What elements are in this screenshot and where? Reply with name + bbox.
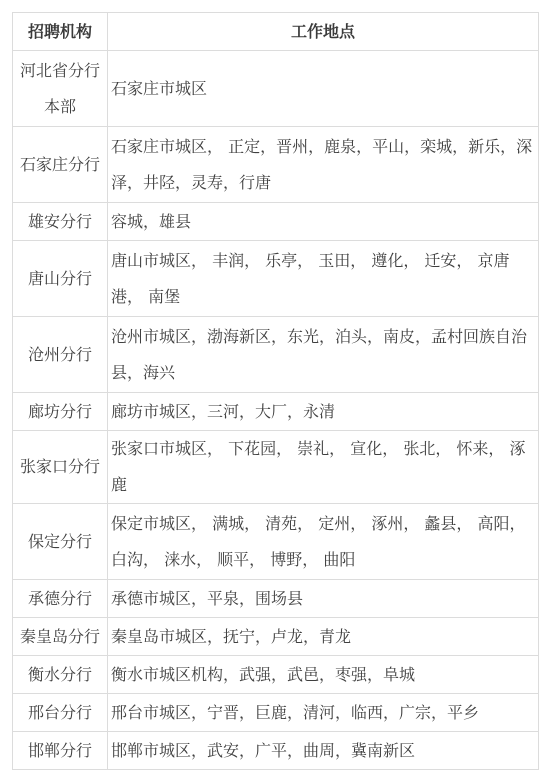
- location-cell: 衡水市城区机构，武强，武邑，枣强，阜城: [108, 656, 539, 694]
- org-cell: 沧州分行: [13, 317, 108, 393]
- location-cell: 秦皇岛市城区，抚宁，卢龙，青龙: [108, 618, 539, 656]
- org-cell: 廊坊分行: [13, 393, 108, 431]
- org-cell: 唐山分行: [13, 241, 108, 317]
- org-cell: 张家口分行: [13, 431, 108, 504]
- location-cell: 石家庄市城区: [108, 51, 539, 127]
- location-cell: 石家庄市城区， 正定，晋州，鹿泉，平山，栾城，新乐，深泽，井陉，灵寿，行唐: [108, 127, 539, 203]
- location-cell: 保定市城区， 满城， 清苑， 定州， 涿州， 蠡县， 高阳， 白沟， 涞水， 顺…: [108, 504, 539, 580]
- location-cell: 承德市城区，平泉，围场县: [108, 580, 539, 618]
- location-cell: 邢台市城区，宁晋，巨鹿，清河，临西，广宗，平乡: [108, 694, 539, 732]
- table-row: 石家庄分行石家庄市城区， 正定，晋州，鹿泉，平山，栾城，新乐，深泽，井陉，灵寿，…: [13, 127, 539, 203]
- table-row: 秦皇岛分行秦皇岛市城区，抚宁，卢龙，青龙: [13, 618, 539, 656]
- table-row: 沧州分行沧州市城区，渤海新区，东光，泊头，南皮，孟村回族自治县，海兴: [13, 317, 539, 393]
- org-cell: 雄安分行: [13, 203, 108, 241]
- org-cell: 保定分行: [13, 504, 108, 580]
- recruitment-table: 招聘机构 工作地点 河北省分行本部石家庄市城区石家庄分行石家庄市城区， 正定，晋…: [12, 12, 539, 770]
- org-cell: 河北省分行本部: [13, 51, 108, 127]
- table-row: 唐山分行唐山市城区， 丰润， 乐亭， 玉田， 遵化， 迁安， 京唐港， 南堡: [13, 241, 539, 317]
- org-column-header: 招聘机构: [13, 13, 108, 51]
- location-cell: 沧州市城区，渤海新区，东光，泊头，南皮，孟村回族自治县，海兴: [108, 317, 539, 393]
- table-row: 雄安分行容城，雄县: [13, 203, 539, 241]
- table-row: 邯郸分行邯郸市城区，武安，广平，曲周，冀南新区: [13, 732, 539, 770]
- table-body: 河北省分行本部石家庄市城区石家庄分行石家庄市城区， 正定，晋州，鹿泉，平山，栾城…: [13, 51, 539, 770]
- table-row: 河北省分行本部石家庄市城区: [13, 51, 539, 127]
- table-row: 保定分行保定市城区， 满城， 清苑， 定州， 涿州， 蠡县， 高阳， 白沟， 涞…: [13, 504, 539, 580]
- table-row: 廊坊分行廊坊市城区，三河，大厂，永清: [13, 393, 539, 431]
- org-cell: 衡水分行: [13, 656, 108, 694]
- table-row: 承德分行承德市城区，平泉，围场县: [13, 580, 539, 618]
- org-cell: 邢台分行: [13, 694, 108, 732]
- org-cell: 承德分行: [13, 580, 108, 618]
- location-cell: 廊坊市城区，三河，大厂，永清: [108, 393, 539, 431]
- location-cell: 邯郸市城区，武安，广平，曲周，冀南新区: [108, 732, 539, 770]
- table-row: 张家口分行张家口市城区， 下花园， 崇礼， 宣化， 张北， 怀来， 涿鹿: [13, 431, 539, 504]
- org-cell: 石家庄分行: [13, 127, 108, 203]
- table-row: 邢台分行邢台市城区，宁晋，巨鹿，清河，临西，广宗，平乡: [13, 694, 539, 732]
- org-cell: 邯郸分行: [13, 732, 108, 770]
- location-cell: 容城，雄县: [108, 203, 539, 241]
- location-column-header: 工作地点: [108, 13, 539, 51]
- location-cell: 唐山市城区， 丰润， 乐亭， 玉田， 遵化， 迁安， 京唐港， 南堡: [108, 241, 539, 317]
- location-cell: 张家口市城区， 下花园， 崇礼， 宣化， 张北， 怀来， 涿鹿: [108, 431, 539, 504]
- table-row: 衡水分行衡水市城区机构，武强，武邑，枣强，阜城: [13, 656, 539, 694]
- org-cell: 秦皇岛分行: [13, 618, 108, 656]
- table-header-row: 招聘机构 工作地点: [13, 13, 539, 51]
